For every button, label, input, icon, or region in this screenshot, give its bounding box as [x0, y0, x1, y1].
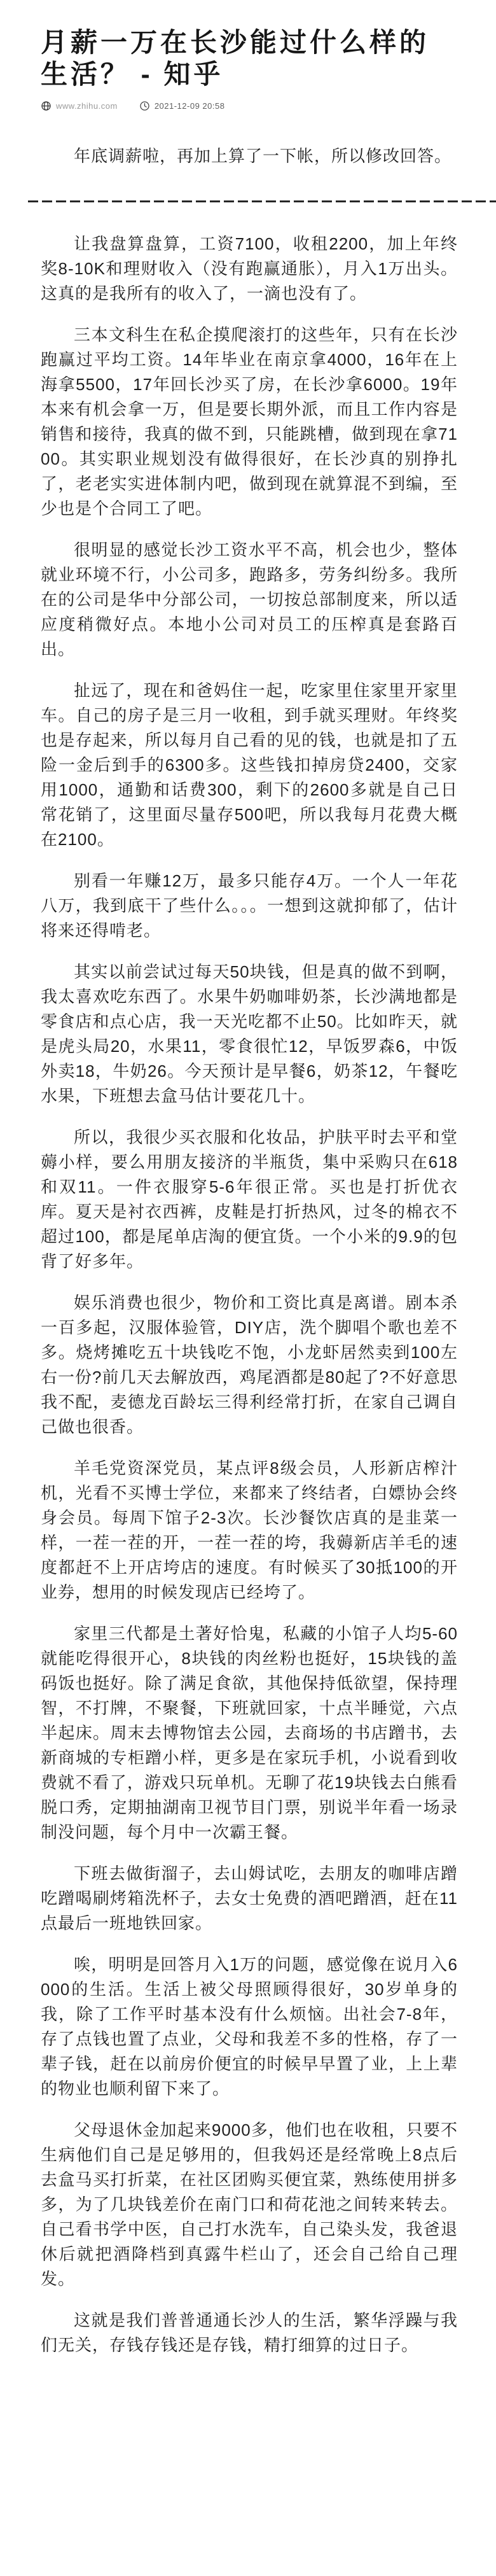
meta-row: www.zhihu.com 2021-12-09 20:58 — [41, 99, 458, 112]
clock-icon — [139, 101, 150, 111]
paragraph: 父母退休金加起来9000多，他们也在收租，只要不生病他们自己是足够用的，但我妈还… — [41, 2118, 458, 2292]
source-meta: www.zhihu.com — [41, 101, 118, 111]
article-page: 月薪一万在长沙能过什么样的生活？ - 知乎 www.zhihu.com 2021… — [0, 0, 496, 2576]
paragraph: 年底调薪啦，再加上算了一下帐，所以修改回答。 — [41, 144, 458, 169]
paragraph: 扯远了，现在和爸妈住一起，吃家里住家里开家里车。自己的房子是三月一收租，到手就买… — [41, 678, 458, 852]
paragraph: 这就是我们普普通通长沙人的生活，繁华浮躁与我们无关，存钱存钱还是存钱，精打细算的… — [41, 2308, 458, 2358]
publish-datetime: 2021-12-09 20:58 — [155, 101, 225, 111]
page-title: 月薪一万在长沙能过什么样的生活？ - 知乎 — [41, 27, 458, 90]
paragraph: 下班去做街溜子，去山姆试吃，去朋友的咖啡店蹭吃蹭喝刷烤箱洗杯子，去女士免费的酒吧… — [41, 1861, 458, 1936]
paragraph: 娱乐消费也很少，物价和工资比真是离谱。剧本杀一百多起，汉服体验管，DIY店，洗个… — [41, 1291, 458, 1439]
article-body: 年底调薪啦，再加上算了一下帐，所以修改回答。 让我盘算盘算，工资7100，收租2… — [41, 144, 458, 2358]
paragraph: 别看一年赚12万，最多只能存4万。一个人一年花八万，我到底干了些什么。。。一想到… — [41, 869, 458, 943]
paragraph: 很明显的感觉长沙工资水平不高，机会也少，整体就业环境不行，小公司多，跑路多，劳务… — [41, 538, 458, 662]
globe-icon — [41, 101, 52, 111]
paragraph: 所以，我很少买衣服和化妆品，护肤平时去平和堂薅小样，要么用朋友接济的半瓶货，集中… — [41, 1125, 458, 1274]
datetime-meta: 2021-12-09 20:58 — [139, 101, 225, 111]
paragraph: 三本文科生在私企摸爬滚打的这些年，只有在长沙跑赢过平均工资。14年毕业在南京拿4… — [41, 323, 458, 521]
paragraph: 其实以前尝试过每天50块钱，但是真的做不到啊，我太喜欢吃东西了。水果牛奶咖啡奶茶… — [41, 960, 458, 1109]
source-url: www.zhihu.com — [56, 101, 118, 111]
paragraph: 家里三代都是土著好恰鬼，私藏的小馆子人均5-60就能吃得很开心，8块钱的肉丝粉也… — [41, 1621, 458, 1845]
paragraph: 羊毛党资深党员，某点评8级会员，人形新店榨汁机，光看不买博士学位，来都来了终结者… — [41, 1456, 458, 1605]
paragraph: 让我盘算盘算，工资7100，收租2200，加上年终奖8-10K和理财收入（没有跑… — [41, 232, 458, 306]
paragraph: 唉，明明是回答月入1万的问题，感觉像在说月入6000的生活。生活上被父母照顾得很… — [41, 1952, 458, 2101]
dashed-divider — [28, 200, 496, 202]
